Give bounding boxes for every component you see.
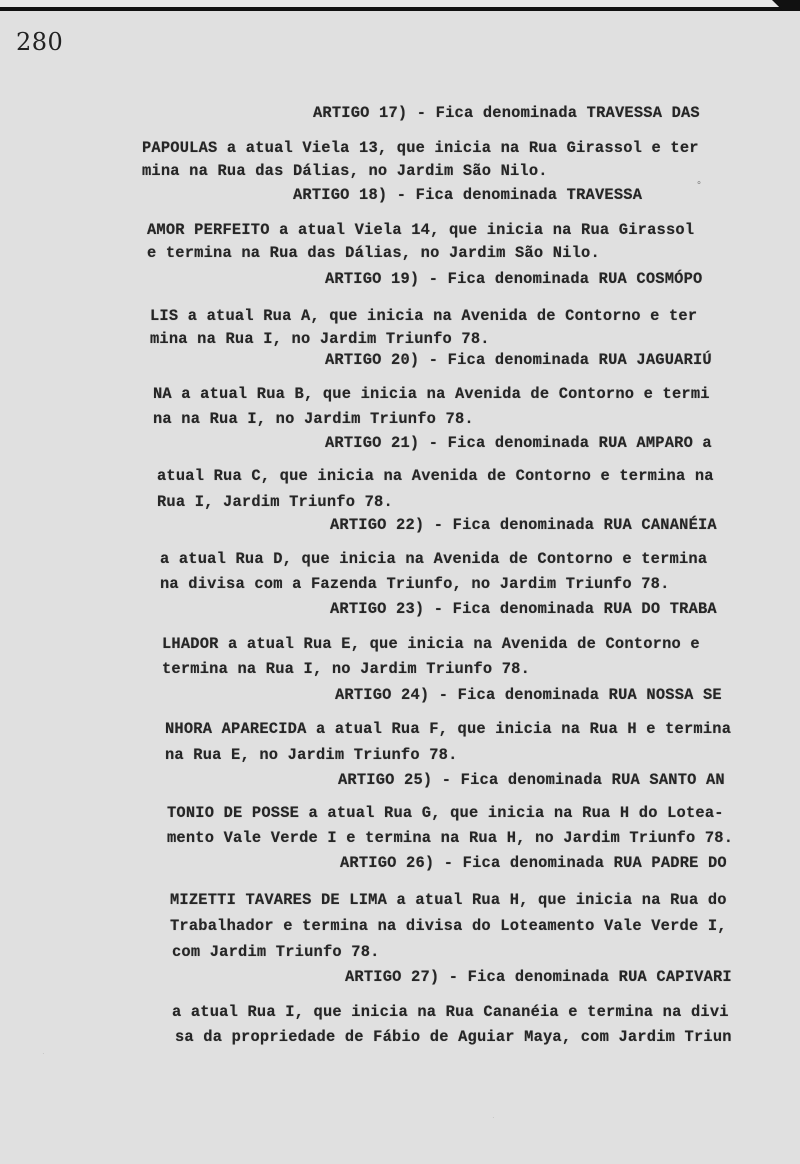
- article-19-line: LIS a atual Rua A, que inicia na Avenida…: [150, 307, 697, 325]
- page-number: 280: [16, 28, 63, 56]
- article-18-heading: ARTIGO 18) - Fica denominada TRAVESSA: [293, 186, 642, 204]
- article-25-line: TONIO DE POSSE a atual Rua G, que inicia…: [167, 804, 724, 822]
- article-27-line: a atual Rua I, que inicia na Rua Cananéi…: [172, 1003, 729, 1021]
- article-25-heading: ARTIGO 25) - Fica denominada RUA SANTO A…: [338, 771, 725, 789]
- scan-mark: °: [696, 181, 702, 192]
- scan-speck: .: [492, 1116, 494, 1120]
- article-21-line: Rua I, Jardim Triunfo 78.: [157, 493, 393, 511]
- article-20-heading: ARTIGO 20) - Fica denominada RUA JAGUARI…: [325, 351, 712, 369]
- article-23-line: LHADOR a atual Rua E, que inicia na Aven…: [162, 635, 700, 653]
- article-18-line: AMOR PERFEITO a atual Viela 14, que inic…: [147, 221, 694, 239]
- article-22-line: a atual Rua D, que inicia na Avenida de …: [160, 550, 707, 568]
- article-20-line: NA a atual Rua B, que inicia na Avenida …: [153, 385, 710, 403]
- scan-speck: .: [42, 1052, 44, 1056]
- article-25-line: mento Vale Verde I e termina na Rua H, n…: [167, 829, 733, 847]
- article-26-line: MIZETTI TAVARES DE LIMA a atual Rua H, q…: [170, 891, 727, 909]
- article-21-heading: ARTIGO 21) - Fica denominada RUA AMPARO …: [325, 434, 712, 452]
- article-17-line: mina na Rua das Dálias, no Jardim São Ni…: [142, 162, 548, 180]
- article-24-heading: ARTIGO 24) - Fica denominada RUA NOSSA S…: [335, 686, 722, 704]
- article-26-line: Trabalhador e termina na divisa do Lotea…: [170, 917, 727, 935]
- article-17-line: PAPOULAS a atual Viela 13, que inicia na…: [142, 139, 699, 157]
- article-18-line: e termina na Rua das Dálias, no Jardim S…: [147, 244, 600, 262]
- article-23-line: termina na Rua I, no Jardim Triunfo 78.: [162, 660, 530, 678]
- article-27-line: sa da propriedade de Fábio de Aguiar May…: [175, 1028, 732, 1046]
- article-23-heading: ARTIGO 23) - Fica denominada RUA DO TRAB…: [330, 600, 717, 618]
- article-27-heading: ARTIGO 27) - Fica denominada RUA CAPIVAR…: [345, 968, 732, 986]
- article-19-heading: ARTIGO 19) - Fica denominada RUA COSMÓPO: [325, 270, 702, 288]
- article-24-line: NHORA APARECIDA a atual Rua F, que inici…: [165, 720, 731, 738]
- article-17-heading: ARTIGO 17) - Fica denominada TRAVESSA DA…: [313, 104, 700, 122]
- scan-edge-shadow: [0, 7, 800, 11]
- article-19-line: mina na Rua I, no Jardim Triunfo 78.: [150, 330, 490, 348]
- article-22-heading: ARTIGO 22) - Fica denominada RUA CANANÉI…: [330, 516, 717, 534]
- article-24-line: na Rua E, no Jardim Triunfo 78.: [165, 746, 458, 764]
- article-22-line: na divisa com a Fazenda Triunfo, no Jard…: [160, 575, 670, 593]
- article-21-line: atual Rua C, que inicia na Avenida de Co…: [157, 467, 714, 485]
- article-20-line: na na Rua I, no Jardim Triunfo 78.: [153, 410, 474, 428]
- article-26-heading: ARTIGO 26) - Fica denominada RUA PADRE D…: [340, 854, 727, 872]
- article-26-line: com Jardim Triunfo 78.: [172, 943, 380, 961]
- scan-top-edge: [0, 0, 800, 11]
